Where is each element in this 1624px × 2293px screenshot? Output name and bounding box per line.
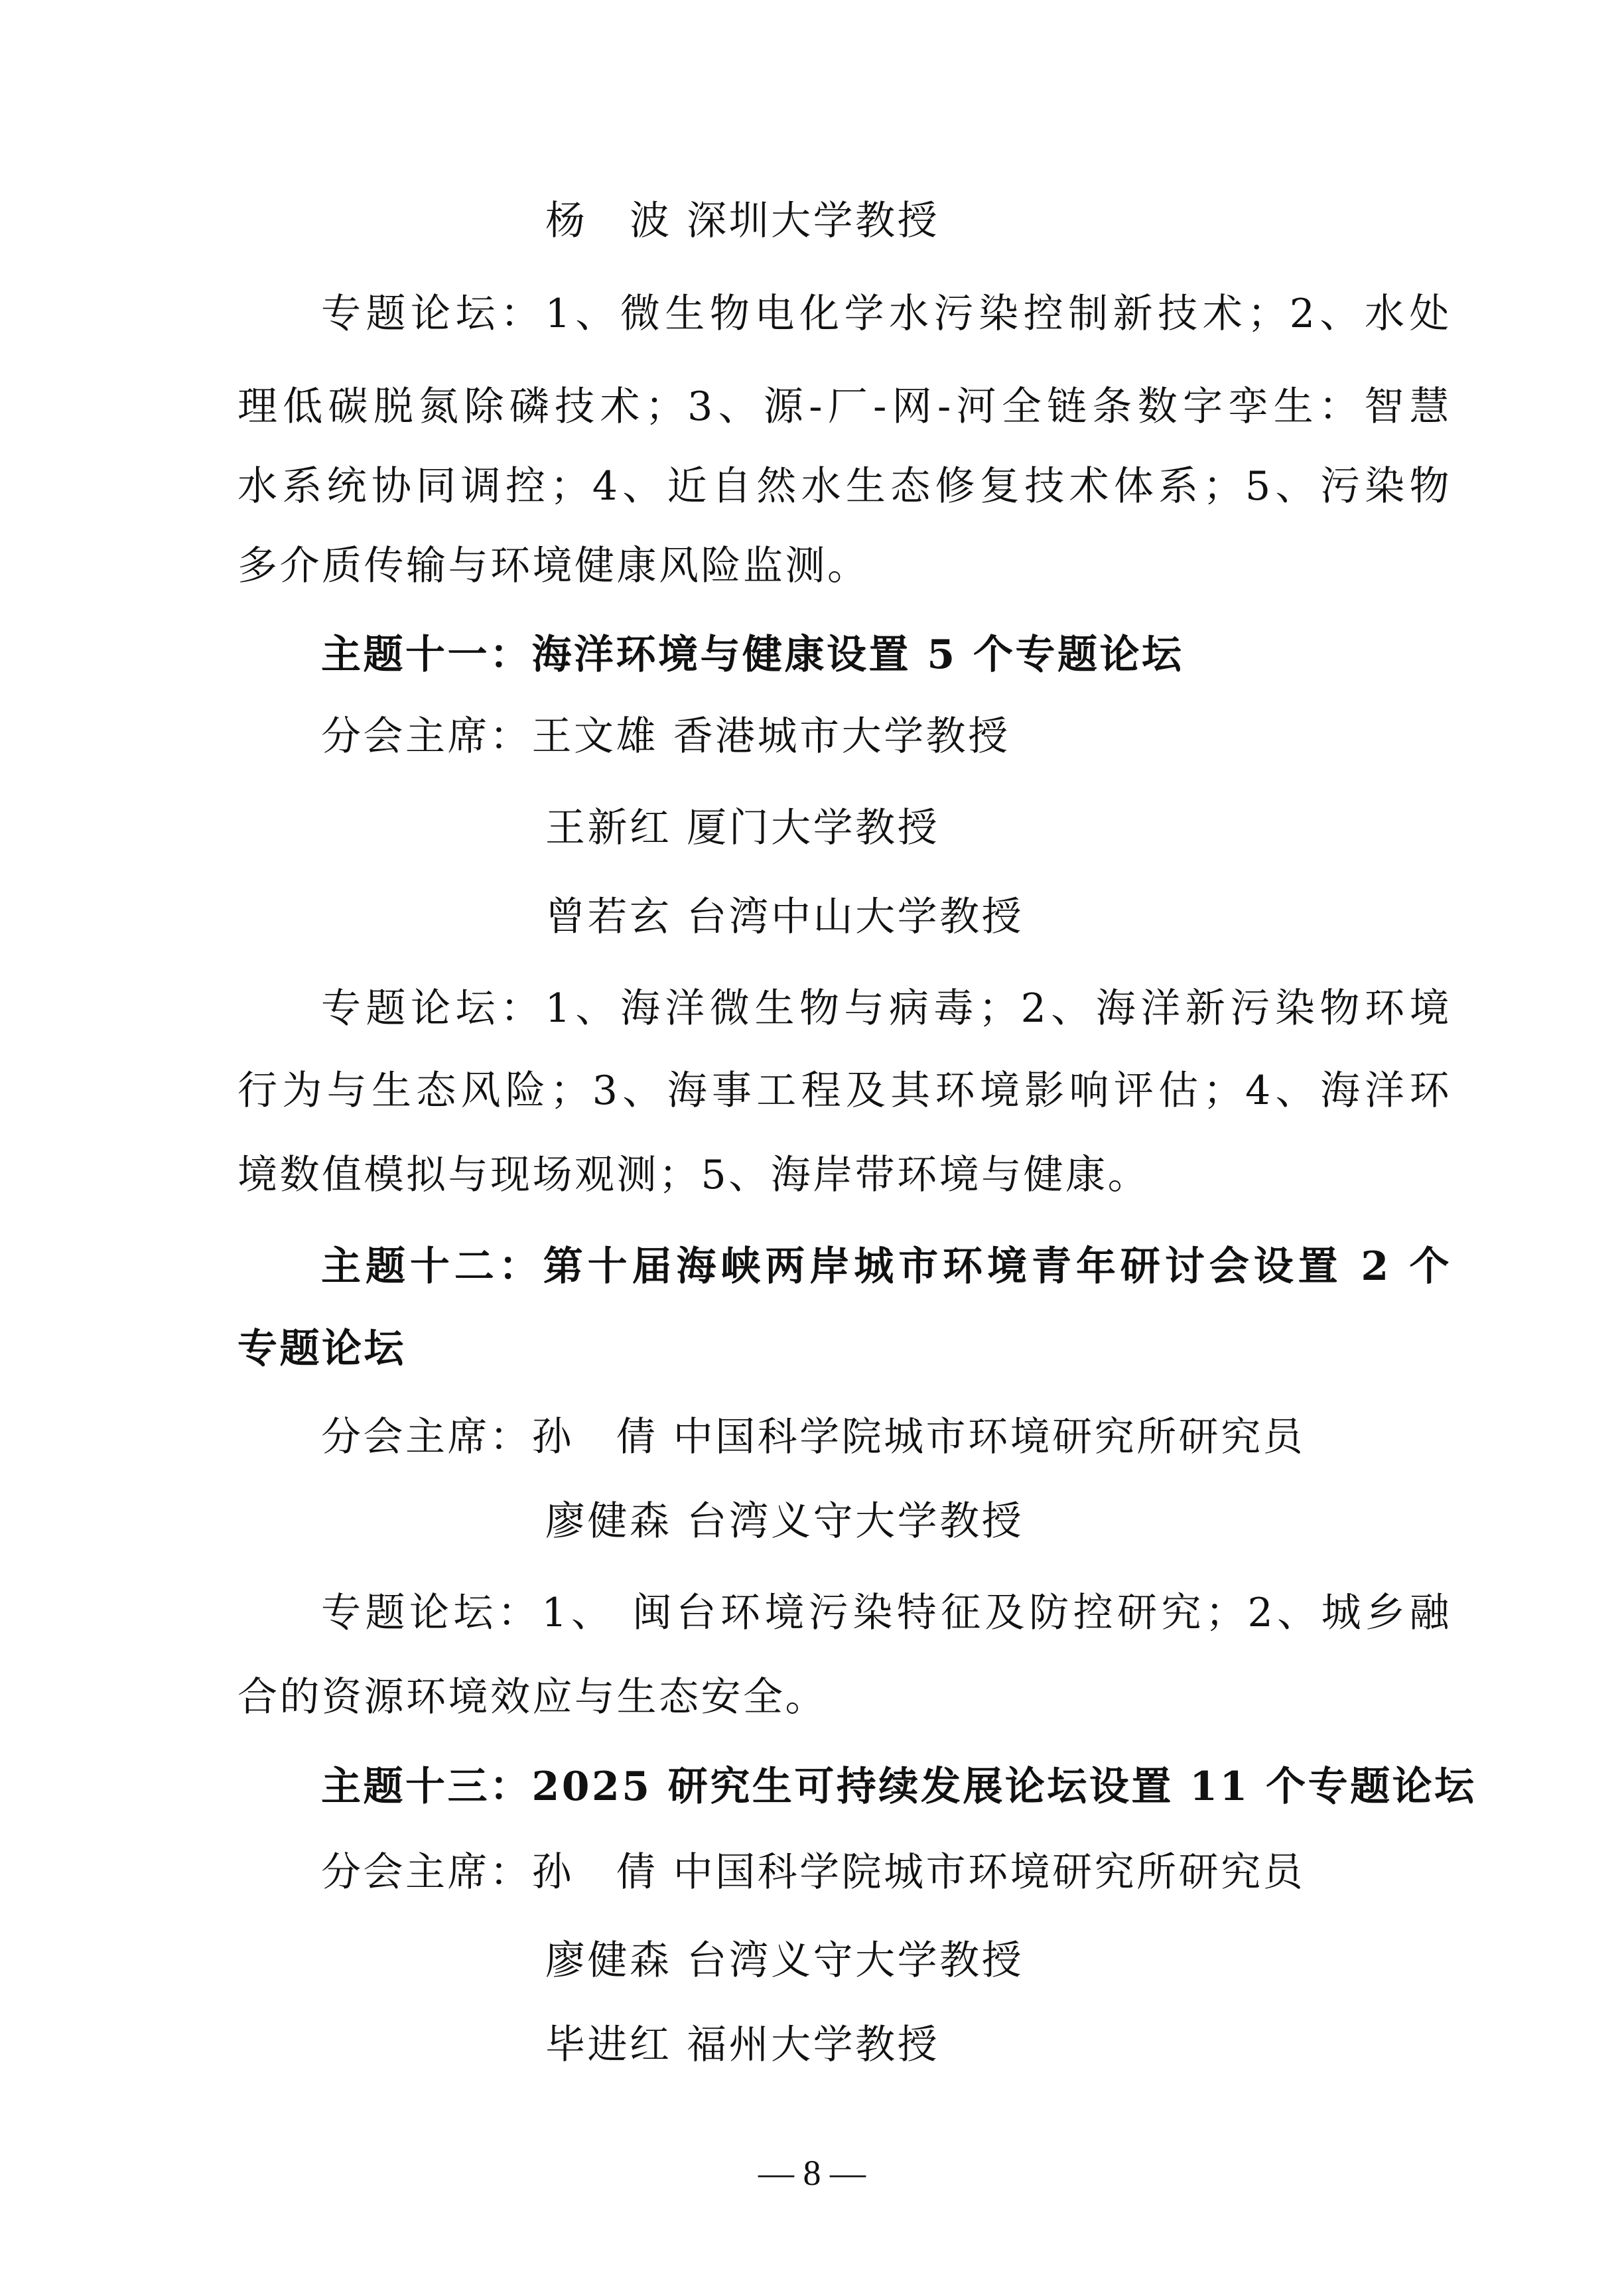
page-number: — 8 — xyxy=(0,2153,1624,2193)
forum-list-line: 理低碳脱氮除磷技术；3、源-厂-网-河全链条数字孪生：智慧 xyxy=(237,380,1452,433)
chair-line: 分会主席：王文雄 香港城市大学教授 xyxy=(321,710,1010,763)
theme-heading: 主题十二：第十届海峡两岸城市环境青年研讨会设置 2 个 xyxy=(321,1240,1452,1293)
forum-list-line: 专题论坛：1、 闽台环境污染特征及防控研究；2、城乡融 xyxy=(321,1586,1452,1639)
chair-line: 毕进红 福州大学教授 xyxy=(545,2018,939,2071)
chair-line: 廖健森 台湾义守大学教授 xyxy=(545,1495,1024,1548)
forum-list-line: 专题论坛：1、微生物电化学水污染控制新技术；2、水处 xyxy=(321,287,1452,340)
chair-line: 廖健森 台湾义守大学教授 xyxy=(545,1934,1024,1987)
forum-list-line: 水系统协同调控；4、近自然水生态修复技术体系；5、污染物 xyxy=(237,460,1452,513)
forum-list-line: 境数值模拟与现场观测；5、海岸带环境与健康。 xyxy=(237,1148,1150,1202)
theme-heading: 专题论坛 xyxy=(237,1322,406,1375)
forum-list-line: 行为与生态风险；3、海事工程及其环境影响评估；4、海洋环 xyxy=(237,1064,1452,1117)
forum-list-line: 多介质传输与环境健康风险监测。 xyxy=(237,539,870,592)
theme-heading: 主题十一：海洋环境与健康设置 5 个专题论坛 xyxy=(321,628,1184,681)
theme-heading: 主题十三：2025 研究生可持续发展论坛设置 11 个专题论坛 xyxy=(321,1760,1452,1813)
document-page: 杨 波 深圳大学教授 专题论坛：1、微生物电化学水污染控制新技术；2、水处 理低… xyxy=(0,0,1624,2293)
chair-line: 王新红 厦门大学教授 xyxy=(545,801,939,855)
forum-list-line: 专题论坛：1、海洋微生物与病毒；2、海洋新污染物环境 xyxy=(321,982,1452,1035)
chair-line: 分会主席：孙 倩 中国科学院城市环境研究所研究员 xyxy=(321,1846,1305,1899)
forum-list-line: 合的资源环境效应与生态安全。 xyxy=(237,1671,827,1724)
chair-line: 曾若玄 台湾中山大学教授 xyxy=(545,890,1024,943)
chair-line: 分会主席：孙 倩 中国科学院城市环境研究所研究员 xyxy=(321,1411,1305,1464)
chair-line: 杨 波 深圳大学教授 xyxy=(545,194,939,247)
